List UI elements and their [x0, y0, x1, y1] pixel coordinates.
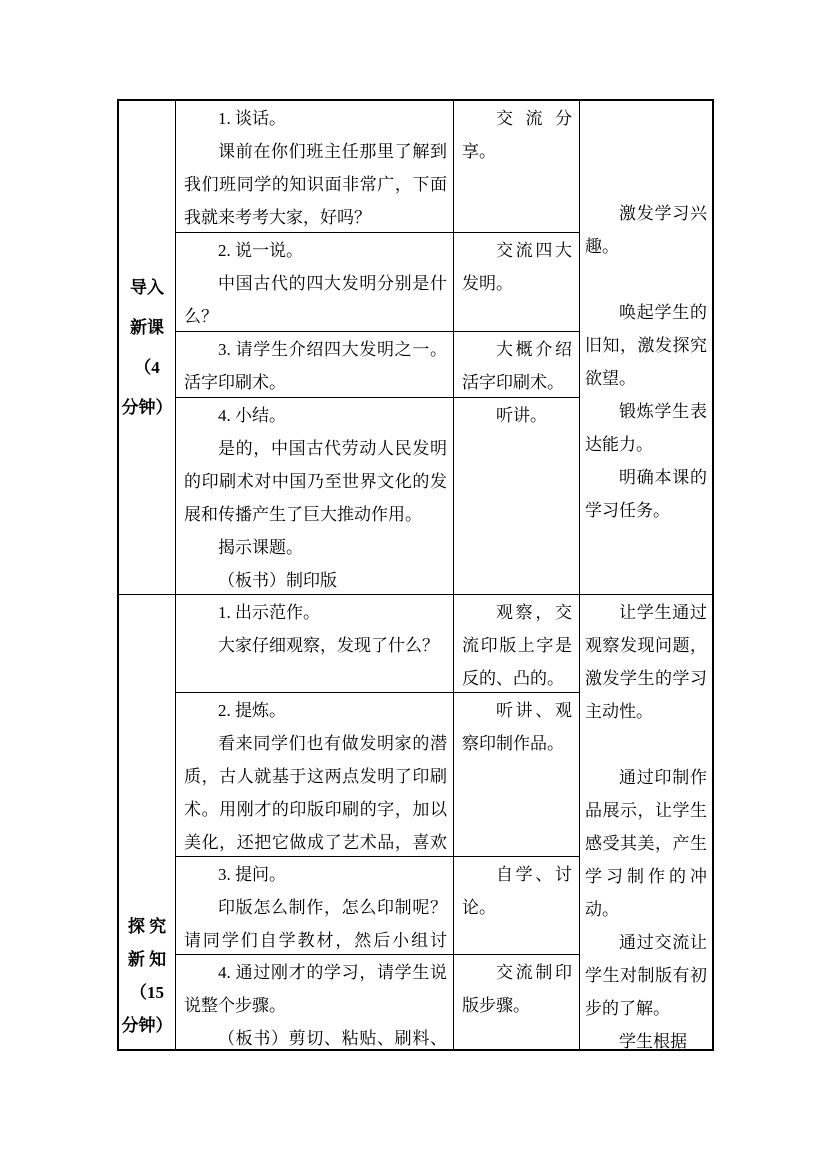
teacher-activity-cell: 4. 小结。是的，中国古代劳动人民发明的印刷术对中国乃至世界文化的发展和传播产生…	[176, 398, 454, 594]
student-activity-cell: 自学、讨论。	[454, 857, 580, 955]
page: { "sections": [ { "stage_lines": ["导入", …	[0, 0, 827, 1170]
teacher-activity-cell: 2. 说一说。中国古代的四大发明分别是什么？	[176, 233, 454, 332]
student-activity-cell: 观察，交流印版上字是反的、凸的。	[454, 595, 580, 693]
lesson-plan-table: 导入新课（4分钟） 1. 谈话。课前在你们班主任那里了解到我们班同学的知识面非常…	[117, 99, 714, 1051]
design-intent-cell: 激发学习兴趣。唤起学生的旧知，激发探究欲望。锻炼学生表达能力。明确本课的学习任务…	[580, 101, 712, 594]
student-activity-cell: 大概介绍活字印刷术。	[454, 332, 580, 398]
student-activity-cell: 听讲、观察印制作品。	[454, 693, 580, 857]
student-activity-cell: 听讲。	[454, 398, 580, 594]
teacher-activity-cell: 4. 通过刚才的学习，请学生说说整个步骤。（板书）剪切、粘贴、刷料、印	[176, 955, 454, 1050]
teacher-activity-cell: 3. 提问。印版怎么制作，怎么印制呢？请同学们自学教材，然后小组讨论。	[176, 857, 454, 955]
student-activity-cell: 交流分享。	[454, 101, 580, 233]
design-intent-cell: 让学生通过观察发现问题，激发学生的学习主动性。通过印制作品展示，让学生感受其美，…	[580, 595, 712, 1050]
section-lead-in: 导入新课（4分钟） 1. 谈话。课前在你们班主任那里了解到我们班同学的知识面非常…	[119, 101, 712, 595]
teacher-activity-cell: 1. 谈话。课前在你们班主任那里了解到我们班同学的知识面非常广，下面我就来考考大…	[176, 101, 454, 233]
teacher-activity-cell: 2. 提炼。看来同学们也有做发明家的潜质，古人就基于这两点发明了印刷术。用刚才的…	[176, 693, 454, 857]
teacher-activity-cell: 1. 出示范作。大家仔细观察，发现了什么？	[176, 595, 454, 693]
student-activity-cell: 交流制印版步骤。	[454, 955, 580, 1050]
student-activity-cell: 交流四大发明。	[454, 233, 580, 332]
stage-cell: 探 究新 知（15分钟）	[119, 595, 176, 1050]
teacher-activity-cell: 3. 请学生介绍四大发明之一。活字印刷术。	[176, 332, 454, 398]
stage-cell: 导入新课（4分钟）	[119, 101, 176, 594]
section-explore: 探 究新 知（15分钟） 1. 出示范作。大家仔细观察，发现了什么？ 观察，交流…	[119, 595, 712, 1050]
